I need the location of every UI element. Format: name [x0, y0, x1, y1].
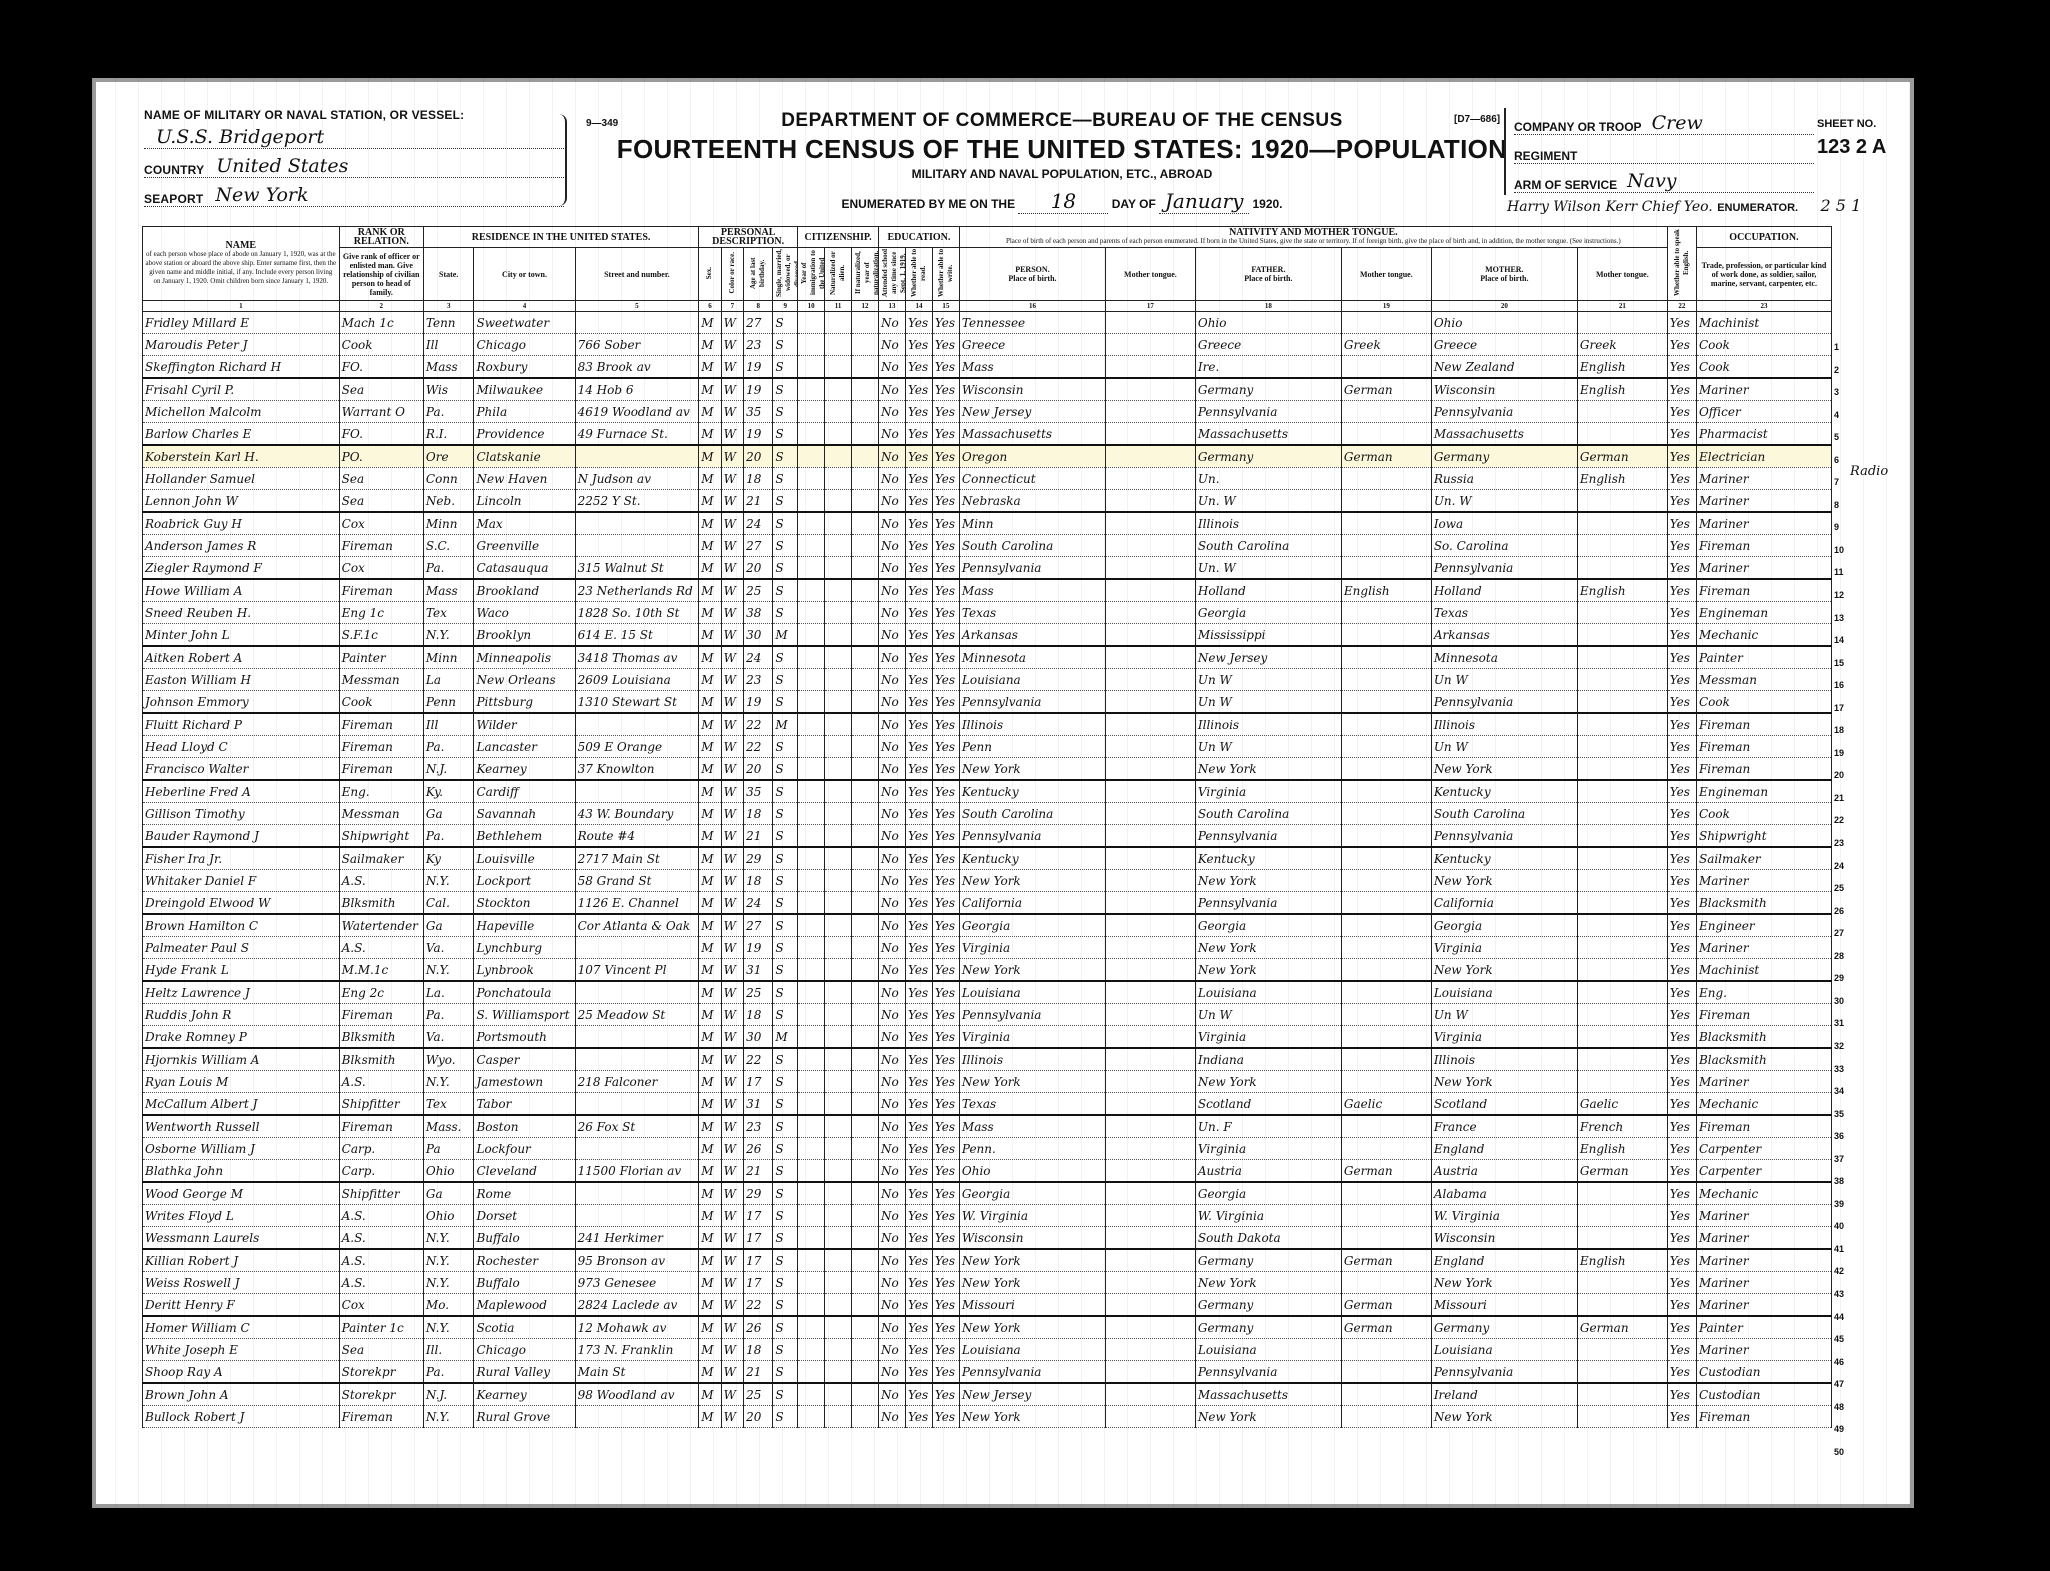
- father-birthplace: Massachusetts: [1195, 423, 1341, 446]
- person-name: Ruddis John R: [143, 1004, 340, 1026]
- res-state: Mass: [423, 579, 474, 602]
- immigration-year: [798, 758, 825, 781]
- naturalization-year: [852, 937, 879, 959]
- mother-tongue: [1105, 937, 1195, 959]
- res-street: 4619 Woodland av: [575, 401, 699, 423]
- can-read: Yes: [905, 803, 932, 825]
- column-numbers: 1234567891011121314151617181920212223: [143, 301, 1832, 312]
- col-age: Age at last birthday.: [744, 248, 773, 301]
- company-value: Crew: [1652, 112, 1703, 134]
- father-birthplace: Illinois: [1195, 512, 1341, 535]
- attended-school: No: [879, 825, 906, 848]
- line-number: 41: [1834, 1238, 1854, 1261]
- speaks-english: Yes: [1667, 1406, 1696, 1428]
- res-city: Max: [474, 512, 575, 535]
- res-city: Sweetwater: [474, 312, 575, 334]
- attended-school: No: [879, 803, 906, 825]
- birthplace: New York: [959, 1249, 1105, 1272]
- occupation: Mariner: [1696, 1227, 1831, 1250]
- line-number: 9: [1834, 516, 1854, 539]
- res-state: Tenn: [423, 312, 474, 334]
- mother-tongue: [1105, 847, 1195, 870]
- naturalized: [825, 1004, 852, 1026]
- col-nat-year: If naturalized, year of naturalization.: [852, 248, 879, 301]
- line-number: 5: [1834, 426, 1854, 449]
- mother-tongue: [1105, 1294, 1195, 1317]
- can-read: Yes: [905, 870, 932, 892]
- res-street: 1310 Stewart St: [575, 691, 699, 714]
- can-write: Yes: [932, 847, 959, 870]
- res-city: Brookland: [474, 579, 575, 602]
- marital-status: S: [773, 981, 798, 1004]
- rank: Painter: [339, 646, 423, 669]
- father-tongue: [1341, 691, 1431, 714]
- column-number: 17: [1105, 301, 1195, 312]
- sex: M: [699, 981, 721, 1004]
- age: 25: [744, 1383, 773, 1406]
- father-birthplace: W. Virginia: [1195, 1205, 1341, 1227]
- sex: M: [699, 1093, 721, 1116]
- immigration-year: [798, 624, 825, 647]
- mother-mother-tongue: German: [1577, 1160, 1667, 1183]
- occupation: Mariner: [1696, 870, 1831, 892]
- speaks-english: Yes: [1667, 490, 1696, 513]
- speaks-english: Yes: [1667, 468, 1696, 490]
- mother-mother-tongue: [1577, 847, 1667, 870]
- res-state: Pa.: [423, 736, 474, 758]
- column-number: 14: [905, 301, 932, 312]
- person-name: Wentworth Russell: [143, 1115, 340, 1138]
- mother-birthplace: Wisconsin: [1431, 1227, 1577, 1250]
- census-subtitle: MILITARY AND NAVAL POPULATION, ETC., ABR…: [582, 167, 1542, 181]
- can-read: Yes: [905, 1115, 932, 1138]
- can-write: Yes: [932, 959, 959, 982]
- table-row: Howe William AFiremanMassBrookland23 Net…: [143, 579, 1832, 602]
- column-number: 2: [339, 301, 423, 312]
- attended-school: No: [879, 981, 906, 1004]
- can-read: Yes: [905, 691, 932, 714]
- father-tongue: German: [1341, 1249, 1431, 1272]
- color: W: [721, 378, 743, 401]
- father-birthplace: Scotland: [1195, 1093, 1341, 1116]
- color: W: [721, 356, 743, 379]
- father-tongue: [1341, 624, 1431, 647]
- res-street: [575, 1406, 699, 1428]
- sex: M: [699, 669, 721, 691]
- naturalized: [825, 557, 852, 580]
- arm-label: ARM OF SERVICE: [1514, 178, 1617, 192]
- father-birthplace: Austria: [1195, 1160, 1341, 1183]
- mother-tongue: [1105, 1115, 1195, 1138]
- can-write: Yes: [932, 1182, 959, 1205]
- birthplace: Virginia: [959, 937, 1105, 959]
- res-city: Rochester: [474, 1249, 575, 1272]
- naturalization-year: [852, 1383, 879, 1406]
- immigration-year: [798, 1004, 825, 1026]
- father-birthplace: Holland: [1195, 579, 1341, 602]
- mother-mother-tongue: [1577, 312, 1667, 334]
- table-row: Barlow Charles EFO.R.I.Providence49 Furn…: [143, 423, 1832, 446]
- naturalized: [825, 1249, 852, 1272]
- naturalization-year: [852, 646, 879, 669]
- mother-tongue: [1105, 1160, 1195, 1183]
- rank: A.S.: [339, 937, 423, 959]
- mother-mother-tongue: [1577, 713, 1667, 736]
- sex: M: [699, 624, 721, 647]
- res-street: Cor Atlanta & Oak: [575, 914, 699, 937]
- col-citizenship: CITIZENSHIP.: [798, 227, 879, 248]
- mother-mother-tongue: German: [1577, 445, 1667, 468]
- father-birthplace: Mississippi: [1195, 624, 1341, 647]
- res-street: [575, 1093, 699, 1116]
- rank: Sea: [339, 490, 423, 513]
- table-row: Deritt Henry FCoxMo.Maplewood2824 Lacled…: [143, 1294, 1832, 1317]
- mother-birthplace: Un W: [1431, 669, 1577, 691]
- mother-tongue: [1105, 512, 1195, 535]
- res-state: Pa.: [423, 825, 474, 848]
- res-state: Ga: [423, 1182, 474, 1205]
- person-name: Easton William H: [143, 669, 340, 691]
- mother-tongue: [1105, 378, 1195, 401]
- mother-mother-tongue: [1577, 736, 1667, 758]
- mother-birthplace: Germany: [1431, 1316, 1577, 1339]
- age: 29: [744, 847, 773, 870]
- mother-mother-tongue: [1577, 1339, 1667, 1361]
- birthplace: Wisconsin: [959, 378, 1105, 401]
- color: W: [721, 825, 743, 848]
- person-name: Barlow Charles E: [143, 423, 340, 446]
- mother-mother-tongue: [1577, 825, 1667, 848]
- rank: Shipfitter: [339, 1093, 423, 1116]
- father-tongue: [1341, 1182, 1431, 1205]
- birthplace: Massachusetts: [959, 423, 1105, 446]
- color: W: [721, 892, 743, 915]
- color: W: [721, 1026, 743, 1049]
- mother-birthplace: Pennsylvania: [1431, 691, 1577, 714]
- occupation: Engineer: [1696, 914, 1831, 937]
- res-city: New Haven: [474, 468, 575, 490]
- table-row: Bauder Raymond JShipwrightPa.BethlehemRo…: [143, 825, 1832, 848]
- father-tongue: [1341, 1138, 1431, 1160]
- naturalization-year: [852, 535, 879, 557]
- enumerated-month: January: [1159, 189, 1249, 214]
- occupation: Mariner: [1696, 1249, 1831, 1272]
- naturalized: [825, 780, 852, 803]
- attended-school: No: [879, 579, 906, 602]
- naturalized: [825, 1406, 852, 1428]
- can-write: Yes: [932, 1071, 959, 1093]
- color: W: [721, 602, 743, 624]
- father-tongue: German: [1341, 1160, 1431, 1183]
- naturalization-year: [852, 490, 879, 513]
- col-mother-pob: MOTHER.Place of birth.: [1431, 248, 1577, 301]
- occupation: Fireman: [1696, 758, 1831, 781]
- table-row: Homer William CPainter 1cN.Y.Scotia12 Mo…: [143, 1316, 1832, 1339]
- mother-tongue: [1105, 736, 1195, 758]
- res-street: 614 E. 15 St: [575, 624, 699, 647]
- res-city: Maplewood: [474, 1294, 575, 1317]
- mother-birthplace: Pennsylvania: [1431, 401, 1577, 423]
- color: W: [721, 1004, 743, 1026]
- column-number: 7: [721, 301, 743, 312]
- birthplace: Pennsylvania: [959, 1004, 1105, 1026]
- mother-birthplace: Virginia: [1431, 1026, 1577, 1049]
- naturalized: [825, 847, 852, 870]
- occupation: Mariner: [1696, 1205, 1831, 1227]
- marital-status: S: [773, 1004, 798, 1026]
- res-state: Ohio: [423, 1160, 474, 1183]
- rank: A.S.: [339, 1205, 423, 1227]
- seaport-value: New York: [215, 184, 308, 206]
- immigration-year: [798, 602, 825, 624]
- mother-mother-tongue: Greek: [1577, 334, 1667, 356]
- father-tongue: Gaelic: [1341, 1093, 1431, 1116]
- color: W: [721, 1160, 743, 1183]
- res-street: [575, 312, 699, 334]
- color: W: [721, 557, 743, 580]
- res-state: N.Y.: [423, 1272, 474, 1294]
- can-read: Yes: [905, 1205, 932, 1227]
- father-birthplace: Un W: [1195, 736, 1341, 758]
- occupation: Messman: [1696, 669, 1831, 691]
- line-number: 31: [1834, 1012, 1854, 1035]
- father-tongue: [1341, 1383, 1431, 1406]
- res-state: Ky: [423, 847, 474, 870]
- enumerated-prefix: ENUMERATED BY ME ON THE: [842, 197, 1016, 211]
- res-state: N.J.: [423, 1383, 474, 1406]
- color: W: [721, 401, 743, 423]
- can-read: Yes: [905, 378, 932, 401]
- mother-mother-tongue: English: [1577, 378, 1667, 401]
- naturalization-year: [852, 959, 879, 982]
- father-birthplace: Germany: [1195, 445, 1341, 468]
- person-name: Bauder Raymond J: [143, 825, 340, 848]
- sex: M: [699, 490, 721, 513]
- res-state: Penn: [423, 691, 474, 714]
- father-birthplace: New York: [1195, 758, 1341, 781]
- father-birthplace: Un. W: [1195, 557, 1341, 580]
- can-read: Yes: [905, 579, 932, 602]
- res-state: Pa.: [423, 1361, 474, 1384]
- immigration-year: [798, 1339, 825, 1361]
- table-row: Brown John AStorekprN.J.Kearney98 Woodla…: [143, 1383, 1832, 1406]
- person-name: Hyde Frank L: [143, 959, 340, 982]
- res-city: Minneapolis: [474, 646, 575, 669]
- color: W: [721, 758, 743, 781]
- occupation: Painter: [1696, 1316, 1831, 1339]
- res-city: Lancaster: [474, 736, 575, 758]
- immigration-year: [798, 669, 825, 691]
- occupation: Mechanic: [1696, 1182, 1831, 1205]
- res-state: Minn: [423, 512, 474, 535]
- res-city: Hapeville: [474, 914, 575, 937]
- occupation: Fireman: [1696, 579, 1831, 602]
- naturalized: [825, 512, 852, 535]
- mother-birthplace: New York: [1431, 1071, 1577, 1093]
- res-state: La.: [423, 981, 474, 1004]
- naturalized: [825, 1071, 852, 1093]
- mother-tongue: [1105, 1272, 1195, 1294]
- mother-mother-tongue: [1577, 1272, 1667, 1294]
- rank: FO.: [339, 423, 423, 446]
- naturalization-year: [852, 803, 879, 825]
- occupation: Cook: [1696, 691, 1831, 714]
- col-name: NAMEof each person whose place of abode …: [143, 227, 340, 301]
- person-name: Roabrick Guy H: [143, 512, 340, 535]
- age: 22: [744, 1048, 773, 1071]
- line-number: 16: [1834, 674, 1854, 697]
- can-write: Yes: [932, 356, 959, 379]
- birthplace: Illinois: [959, 713, 1105, 736]
- age: 22: [744, 736, 773, 758]
- can-read: Yes: [905, 1272, 932, 1294]
- father-birthplace: Georgia: [1195, 914, 1341, 937]
- res-street: 2609 Louisiana: [575, 669, 699, 691]
- res-state: Cal.: [423, 892, 474, 915]
- age: 26: [744, 1316, 773, 1339]
- mother-birthplace: Pennsylvania: [1431, 825, 1577, 848]
- father-birthplace: New Jersey: [1195, 646, 1341, 669]
- rank: Blksmith: [339, 1048, 423, 1071]
- attended-school: No: [879, 624, 906, 647]
- mother-mother-tongue: [1577, 1227, 1667, 1250]
- line-number: 14: [1834, 629, 1854, 652]
- attended-school: No: [879, 401, 906, 423]
- person-name: White Joseph E: [143, 1339, 340, 1361]
- res-street: 2824 Laclede av: [575, 1294, 699, 1317]
- age: 23: [744, 334, 773, 356]
- naturalization-year: [852, 758, 879, 781]
- naturalization-year: [852, 624, 879, 647]
- mother-birthplace: Holland: [1431, 579, 1577, 602]
- naturalized: [825, 356, 852, 379]
- age: 30: [744, 624, 773, 647]
- table-row: Osborne William JCarp.PaLockfourMW26SNoY…: [143, 1138, 1832, 1160]
- can-write: Yes: [932, 468, 959, 490]
- attended-school: No: [879, 736, 906, 758]
- can-write: Yes: [932, 312, 959, 334]
- mother-birthplace: Kentucky: [1431, 780, 1577, 803]
- marital-status: M: [773, 1026, 798, 1049]
- occupation: Electrician: [1696, 445, 1831, 468]
- mother-tongue: [1105, 1205, 1195, 1227]
- age: 19: [744, 378, 773, 401]
- immigration-year: [798, 713, 825, 736]
- father-birthplace: Louisiana: [1195, 981, 1341, 1004]
- immigration-year: [798, 1071, 825, 1093]
- mother-mother-tongue: [1577, 1294, 1667, 1317]
- can-write: Yes: [932, 378, 959, 401]
- res-state: N.Y.: [423, 870, 474, 892]
- mother-mother-tongue: [1577, 646, 1667, 669]
- can-write: Yes: [932, 914, 959, 937]
- mother-mother-tongue: [1577, 1071, 1667, 1093]
- can-write: Yes: [932, 557, 959, 580]
- immigration-year: [798, 512, 825, 535]
- line-number: 26: [1834, 900, 1854, 923]
- rank: Storekpr: [339, 1361, 423, 1384]
- person-name: Hjornkis William A: [143, 1048, 340, 1071]
- marital-status: M: [773, 624, 798, 647]
- res-city: Buffalo: [474, 1227, 575, 1250]
- naturalized: [825, 1093, 852, 1116]
- occupation: Carpenter: [1696, 1160, 1831, 1183]
- birthplace: New York: [959, 1272, 1105, 1294]
- person-name: Wood George M: [143, 1182, 340, 1205]
- attended-school: No: [879, 1383, 906, 1406]
- mother-mother-tongue: [1577, 1004, 1667, 1026]
- occupation: Painter: [1696, 646, 1831, 669]
- sex: M: [699, 691, 721, 714]
- res-state: Va.: [423, 937, 474, 959]
- birthplace: California: [959, 892, 1105, 915]
- father-birthplace: Germany: [1195, 378, 1341, 401]
- occupation: Pharmacist: [1696, 423, 1831, 446]
- sex: M: [699, 646, 721, 669]
- birthplace: Pennsylvania: [959, 557, 1105, 580]
- speaks-english: Yes: [1667, 959, 1696, 982]
- naturalized: [825, 1361, 852, 1384]
- occupation: Mariner: [1696, 378, 1831, 401]
- mother-mother-tongue: [1577, 1406, 1667, 1428]
- res-city: Chicago: [474, 334, 575, 356]
- line-number: 46: [1834, 1351, 1854, 1374]
- res-state: Tex: [423, 602, 474, 624]
- attended-school: No: [879, 334, 906, 356]
- can-write: Yes: [932, 334, 959, 356]
- person-name: Gillison Timothy: [143, 803, 340, 825]
- attended-school: No: [879, 1227, 906, 1250]
- line-number: 10: [1834, 539, 1854, 562]
- mother-birthplace: Texas: [1431, 602, 1577, 624]
- mother-birthplace: Wisconsin: [1431, 378, 1577, 401]
- enumeration-date: ENUMERATED BY ME ON THE 18 DAY OF Januar…: [582, 189, 1542, 214]
- marital-status: S: [773, 646, 798, 669]
- marital-status: S: [773, 468, 798, 490]
- father-tongue: [1341, 892, 1431, 915]
- rank: Blksmith: [339, 892, 423, 915]
- father-tongue: [1341, 959, 1431, 982]
- line-number: 48: [1834, 1396, 1854, 1419]
- rank: Sea: [339, 1339, 423, 1361]
- speaks-english: Yes: [1667, 1383, 1696, 1406]
- mother-tongue: [1105, 1138, 1195, 1160]
- father-birthplace: Un. W: [1195, 490, 1341, 513]
- res-city: Boston: [474, 1115, 575, 1138]
- rank: Cook: [339, 334, 423, 356]
- rank: Cook: [339, 691, 423, 714]
- father-tongue: German: [1341, 1294, 1431, 1317]
- speaks-english: Yes: [1667, 1205, 1696, 1227]
- age: 24: [744, 512, 773, 535]
- naturalization-year: [852, 1138, 879, 1160]
- immigration-year: [798, 870, 825, 892]
- census-title: FOURTEENTH CENSUS OF THE UNITED STATES: …: [582, 134, 1542, 165]
- father-tongue: [1341, 401, 1431, 423]
- marital-status: S: [773, 1227, 798, 1250]
- naturalized: [825, 579, 852, 602]
- color: W: [721, 780, 743, 803]
- naturalized: [825, 713, 852, 736]
- table-row: Aitken Robert APainterMinnMinneapolis341…: [143, 646, 1832, 669]
- marital-status: S: [773, 1361, 798, 1384]
- rank: Fireman: [339, 736, 423, 758]
- line-number: 11: [1834, 561, 1854, 584]
- father-tongue: [1341, 780, 1431, 803]
- res-city: Lincoln: [474, 490, 575, 513]
- table-row: Fisher Ira Jr.SailmakerKyLouisville2717 …: [143, 847, 1832, 870]
- naturalized: [825, 914, 852, 937]
